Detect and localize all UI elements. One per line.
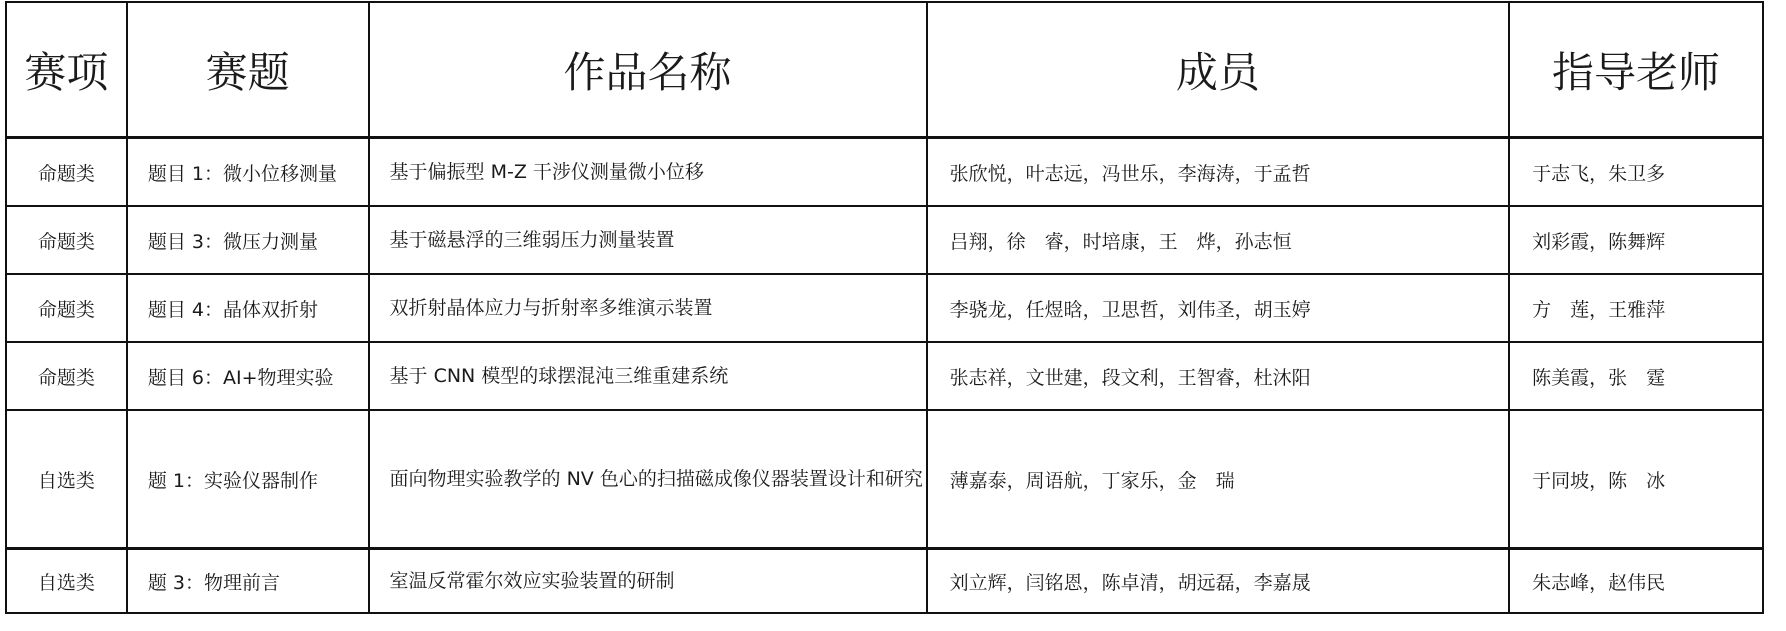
cell-category: 命题类: [6, 206, 127, 274]
cell-topic: 题目 6：AI+物理实验: [127, 342, 369, 410]
cell-title: 双折射晶体应力与折射率多维演示装置: [369, 274, 927, 342]
awards-table: 赛项 赛题 作品名称 成员 指导老师 命题类 题目 1：微小位移测量 基于偏振型…: [5, 1, 1764, 614]
table-row: 命题类 题目 6：AI+物理实验 基于 CNN 模型的球摆混沌三维重建系统 张志…: [6, 342, 1763, 410]
cell-category: 自选类: [6, 549, 127, 614]
header-topic: 赛题: [127, 2, 369, 138]
cell-topic: 题目 3：微压力测量: [127, 206, 369, 274]
cell-advisors: 于同坡，陈 冰: [1509, 410, 1763, 549]
header-advisors: 指导老师: [1509, 2, 1763, 138]
cell-category: 自选类: [6, 410, 127, 549]
header-category: 赛项: [6, 2, 127, 138]
cell-members: 张欣悦，叶志远，冯世乐，李海涛，于孟哲: [927, 138, 1509, 207]
table-row: 命题类 题目 4：晶体双折射 双折射晶体应力与折射率多维演示装置 李骁龙，任煜晗…: [6, 274, 1763, 342]
cell-members: 李骁龙，任煜晗，卫思哲，刘伟圣，胡玉婷: [927, 274, 1509, 342]
cell-topic: 题 3：物理前言: [127, 549, 369, 614]
cell-members: 张志祥，文世建，段文利，王智睿，杜沐阳: [927, 342, 1509, 410]
cell-members: 刘立辉，闫铭恩，陈卓清，胡远磊，李嘉晟: [927, 549, 1509, 614]
table-row: 自选类 题 1：实验仪器制作 面向物理实验教学的 NV 色心的扫描磁成像仪器装置…: [6, 410, 1763, 549]
cell-advisors: 刘彩霞，陈舞辉: [1509, 206, 1763, 274]
cell-topic: 题 1：实验仪器制作: [127, 410, 369, 549]
cell-title: 室温反常霍尔效应实验装置的研制: [369, 549, 927, 614]
cell-members: 吕翔，徐 睿，时培康，王 烨，孙志恒: [927, 206, 1509, 274]
header-title: 作品名称: [369, 2, 927, 138]
cell-topic: 题目 1：微小位移测量: [127, 138, 369, 207]
table-row: 自选类 题 3：物理前言 室温反常霍尔效应实验装置的研制 刘立辉，闫铭恩，陈卓清…: [6, 549, 1763, 614]
table-row: 命题类 题目 1：微小位移测量 基于偏振型 M-Z 干涉仪测量微小位移 张欣悦，…: [6, 138, 1763, 207]
cell-advisors: 朱志峰，赵伟民: [1509, 549, 1763, 614]
cell-category: 命题类: [6, 138, 127, 207]
cell-advisors: 陈美霞，张 霆: [1509, 342, 1763, 410]
table-header-row: 赛项 赛题 作品名称 成员 指导老师: [6, 2, 1763, 138]
cell-category: 命题类: [6, 342, 127, 410]
cell-members: 薄嘉泰，周语航，丁家乐，金 瑞: [927, 410, 1509, 549]
cell-topic: 题目 4：晶体双折射: [127, 274, 369, 342]
cell-title: 基于 CNN 模型的球摆混沌三维重建系统: [369, 342, 927, 410]
cell-title: 面向物理实验教学的 NV 色心的扫描磁成像仪器装置设计和研究: [369, 410, 927, 549]
cell-advisors: 方 莲，王雅萍: [1509, 274, 1763, 342]
cell-title: 基于偏振型 M-Z 干涉仪测量微小位移: [369, 138, 927, 207]
cell-advisors: 于志飞，朱卫多: [1509, 138, 1763, 207]
cell-category: 命题类: [6, 274, 127, 342]
header-members: 成员: [927, 2, 1509, 138]
cell-title: 基于磁悬浮的三维弱压力测量装置: [369, 206, 927, 274]
table-row: 命题类 题目 3：微压力测量 基于磁悬浮的三维弱压力测量装置 吕翔，徐 睿，时培…: [6, 206, 1763, 274]
